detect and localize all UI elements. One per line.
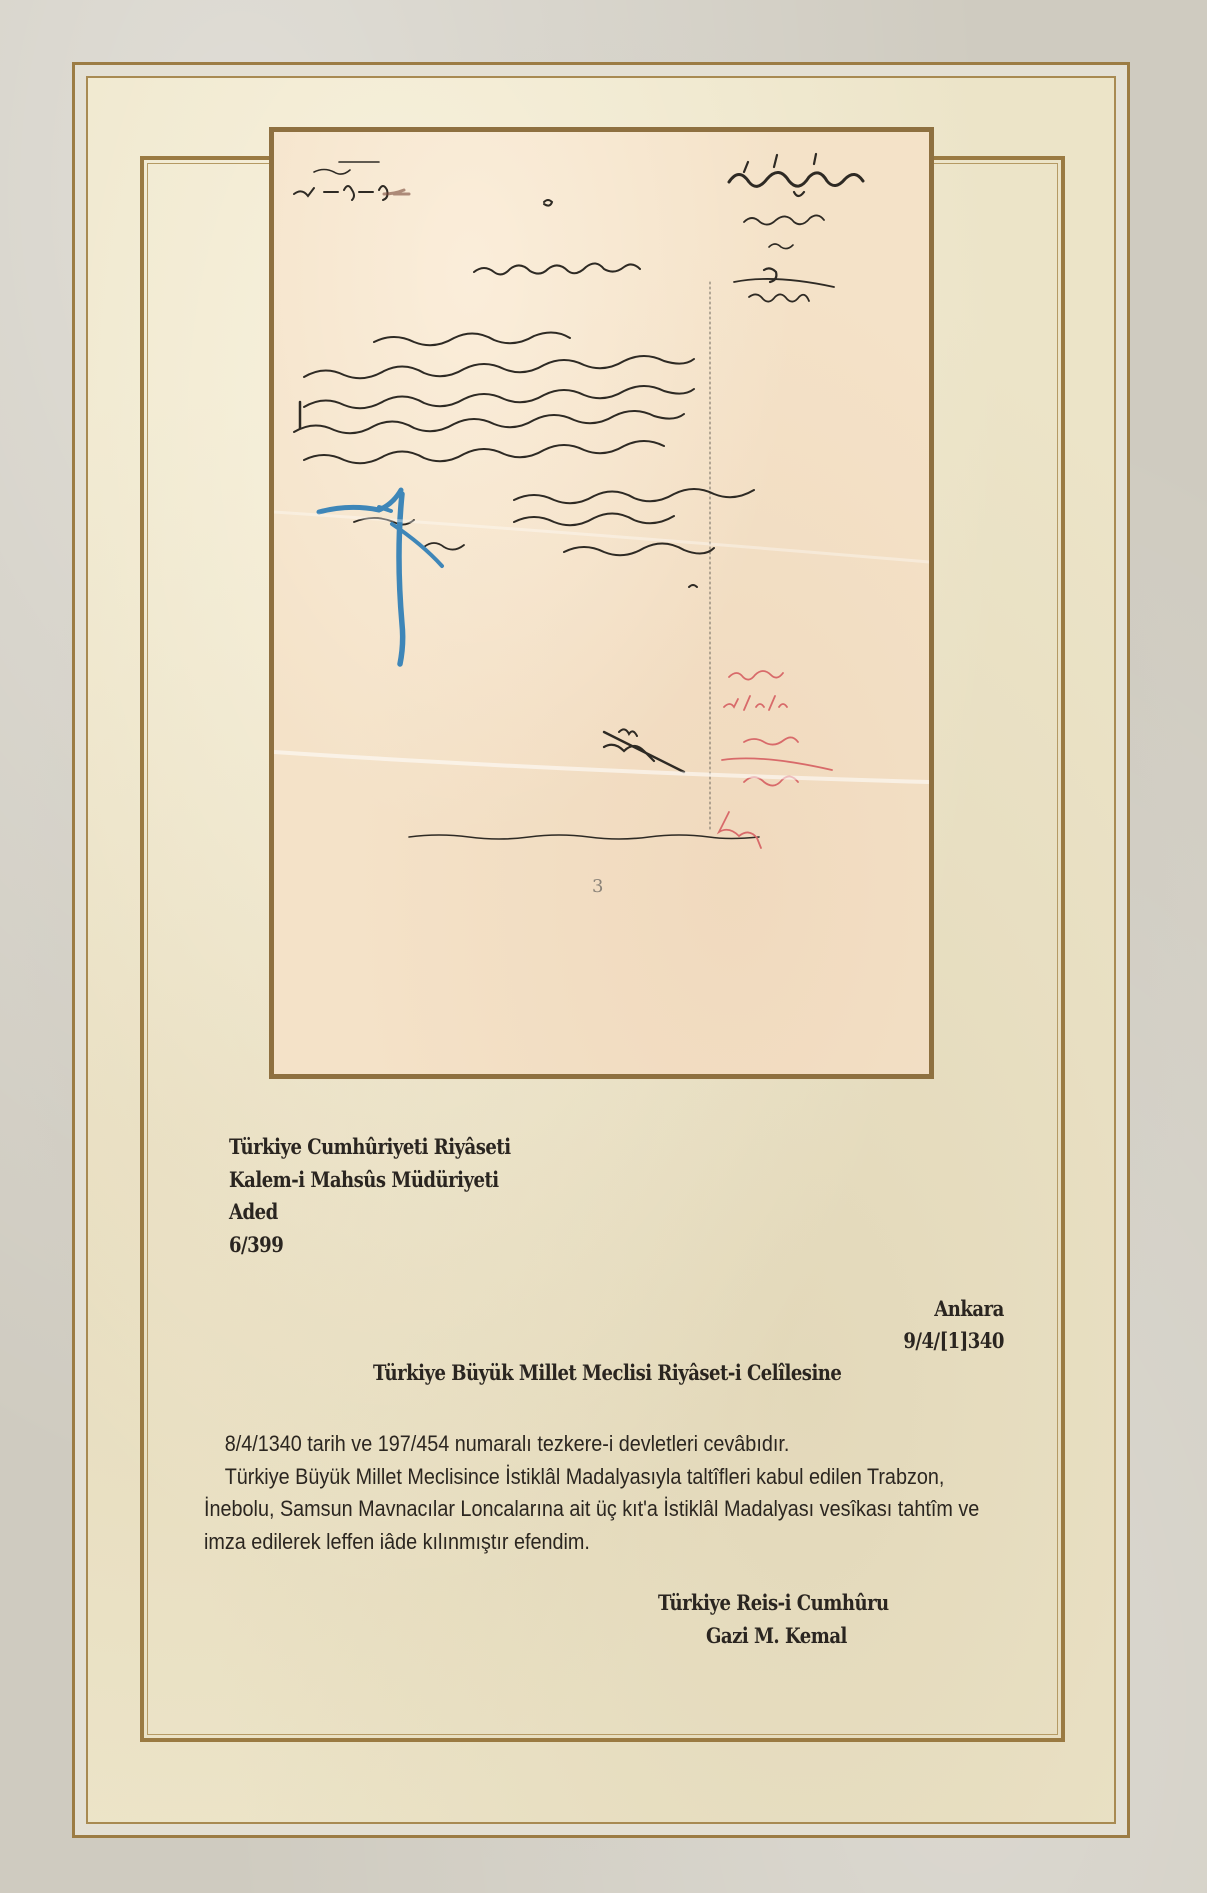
date: 9/4/[1]340	[903, 1328, 1004, 1353]
place: Ankara	[935, 1296, 1004, 1321]
header-line-3: Aded	[229, 1199, 278, 1224]
addressee: Türkiye Büyük Millet Meclisi Riyâset-i C…	[373, 1360, 841, 1385]
signature-title: Türkiye Reis-i Cumhûru	[658, 1590, 889, 1615]
header-line-1: Türkiye Cumhûriyeti Riyâseti	[229, 1134, 511, 1159]
letter-body: 8/4/1340 tarih ve 197/454 numaralı tezke…	[204, 1428, 1006, 1558]
header-line-4: 6/399	[229, 1232, 283, 1257]
header-line-2: Kalem-i Mahsûs Müdüriyeti	[229, 1167, 499, 1192]
transcription: Türkiye Cumhûriyeti Riyâseti Kalem-i Mah…	[0, 0, 1207, 1893]
body-paragraph-2: Türkiye Büyük Millet Meclisince İstiklâl…	[204, 1461, 1005, 1559]
body-paragraph-1: 8/4/1340 tarih ve 197/454 numaralı tezke…	[204, 1428, 1005, 1461]
signature-name: Gazi M. Kemal	[706, 1623, 847, 1648]
